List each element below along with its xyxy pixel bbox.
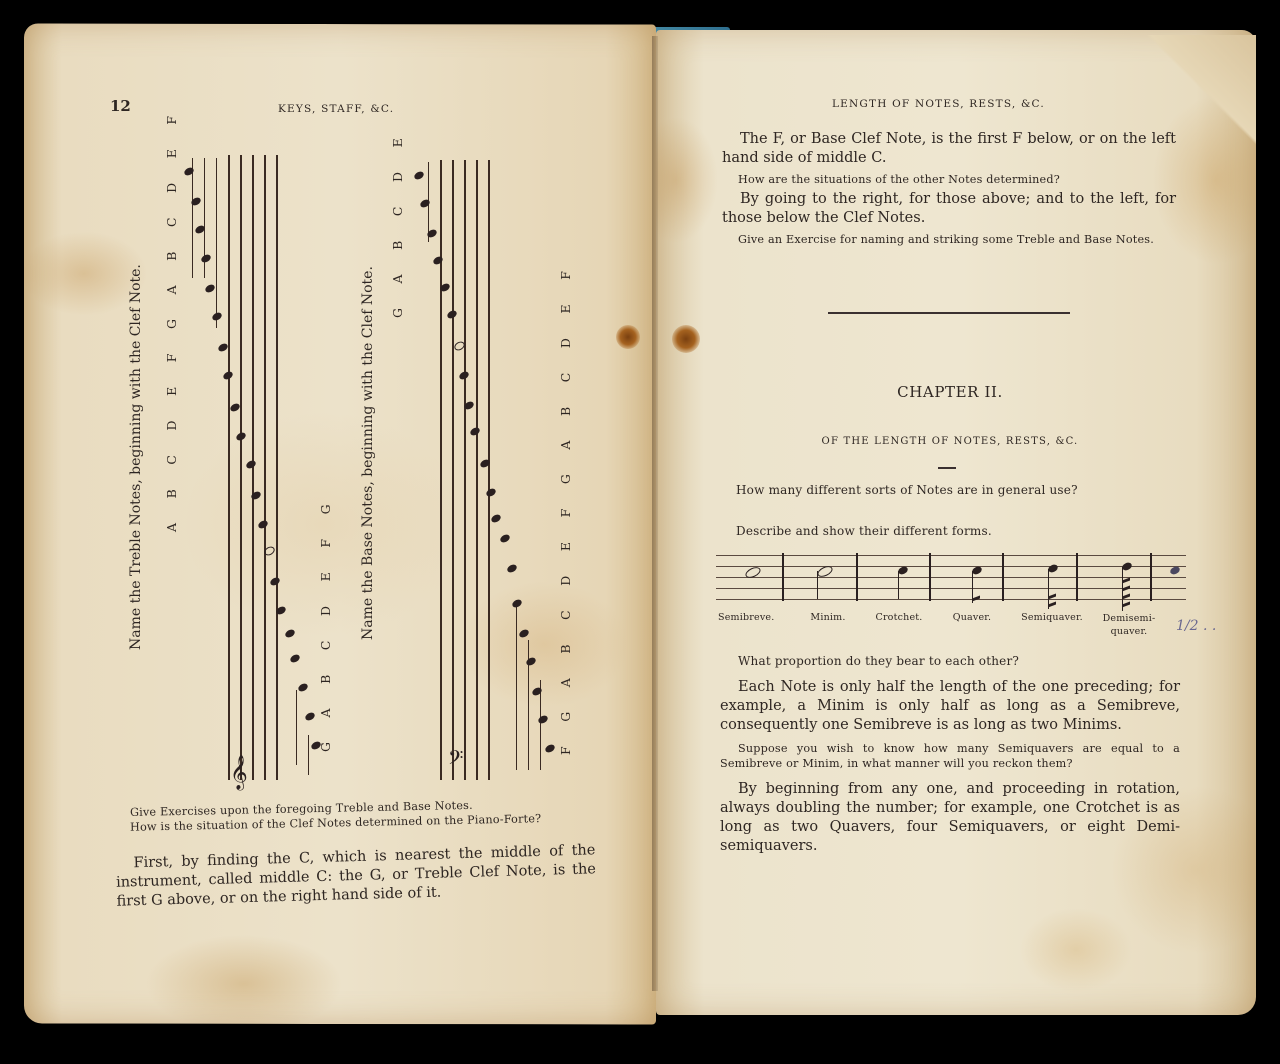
open-book: 12 KEYS, STAFF, &c. Name the Treble Note… [0,0,1280,1064]
right-question-5: What proportion do they bear to each oth… [738,654,1178,669]
gutter [652,36,658,991]
treble-diagram-label: Name the Treble Notes, beginning with th… [128,264,144,650]
treble-upper-letters: A B C D E F G A B C D E F [164,106,179,532]
label-semibreve: Semibreve. [718,612,774,623]
right-answer-4: By beginning from any one, and proceedin… [720,780,1180,856]
stain-left [616,325,640,349]
right-question-6: Suppose you wish to know how many Semiqu… [720,741,1180,771]
base-diagram-label: Name the Base Notes, beginning with the … [360,266,376,640]
right-question-4: Describe and show their different forms. [736,524,1176,539]
right-answer-3: Each Note is only half the length of the… [720,678,1180,735]
chapter-subtitle: OF THE LENGTH OF NOTES, RESTS, &c. [716,436,1184,447]
label-crotchet: Crotchet. [868,612,930,623]
base-clef-icon: 𝄢 [448,748,463,772]
right-answer-1: The F, or Base Clef Note, is the first F… [722,130,1176,168]
base-lower-letters: F G A B C D E F G A B C D E F [558,261,573,755]
right-question-1: How are the situations of the other Note… [720,172,1174,187]
pencil-annotation: 1/2 . . [1176,618,1216,634]
label-semiquaver: Semiquaver. [1016,612,1088,623]
right-question-2: Give an Exercise for naming and striking… [720,232,1176,247]
label-minim: Minim. [800,612,856,623]
right-question-3: How many different sorts of Notes are in… [736,483,1176,498]
right-running-head: LENGTH OF NOTES, RESTS, &c. [832,98,1045,110]
page-number: 12 [110,97,131,115]
treble-lower-letters: G A B C D E F G [318,494,333,752]
section-divider [828,312,1070,314]
right-answer-2: By going to the right, for those above; … [722,190,1176,228]
treble-clef-icon: 𝄞 [230,758,248,788]
label-demisemiquaver: Demisemi-quaver. [1096,612,1162,638]
folded-page-corner [1146,35,1256,145]
note-forms-staff [716,553,1186,601]
short-divider [938,467,956,469]
left-running-head: KEYS, STAFF, &c. [278,103,394,115]
label-quaver: Quaver. [944,612,1000,623]
stain-right [672,325,700,353]
base-upper-letters: G A B C D E [390,128,405,318]
chapter-title: CHAPTER II. [716,383,1184,401]
